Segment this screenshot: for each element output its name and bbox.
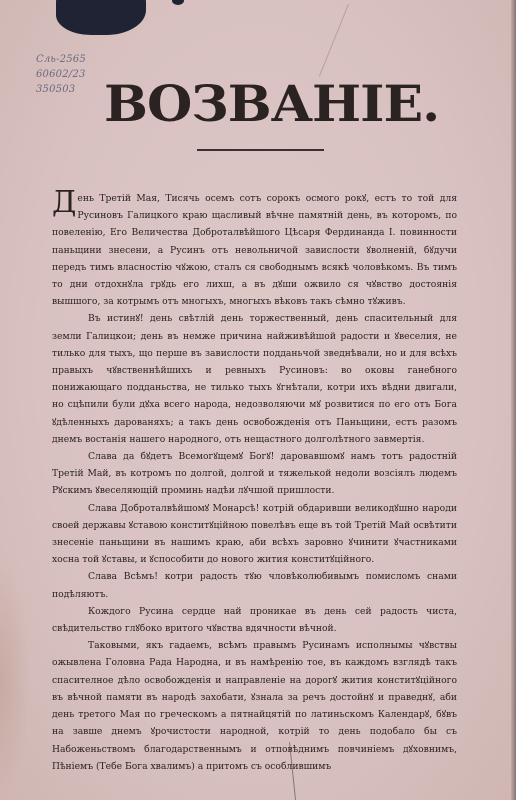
paragraph-7: Таковыми, якъ гадаемъ, всѣмъ правымъ Рус… — [52, 637, 457, 775]
document-body: День Третій Мая, Тисячь осемъ сотъ сорок… — [52, 190, 457, 775]
paper-stain — [0, 560, 30, 800]
shelfmark-line: 60602/23 — [36, 67, 86, 82]
shelfmark-line: 350503 — [36, 82, 86, 97]
paragraph-4: Слава Доброталвѣйшомꙋ Монарсѣ! котрій об… — [52, 500, 457, 569]
drop-cap: Д — [52, 190, 76, 216]
shelfmark-line: Сль-2565 — [36, 52, 86, 67]
document-title: ВОЗВАНІЕ. — [104, 80, 404, 129]
paragraph-3: Слава да бꙋдетъ Всемогꙋщемꙋ Богꙋ! дарова… — [52, 448, 457, 500]
paragraph-5: Слава Всѣмъ! котри радость тꙋю чловѣколю… — [52, 568, 457, 602]
paragraph-2: Въ истинꙋ! день свѣтлій день торжественн… — [52, 310, 457, 448]
paragraph-1: День Третій Мая, Тисячь осемъ сотъ сорок… — [52, 190, 457, 310]
paragraph-6: Кождого Русина сердце най проникае въ де… — [52, 603, 457, 637]
title-rule — [197, 149, 324, 151]
document-page: Сль-2565 60602/23 350503 ВОЗВАНІЕ. День … — [0, 0, 516, 800]
archive-shelfmark: Сль-2565 60602/23 350503 — [36, 52, 86, 97]
paper-crease — [319, 4, 349, 77]
ink-stain — [56, 0, 146, 35]
ink-stain-small — [172, 0, 184, 5]
paragraph-text: ень Третій Мая, Тисячь осемъ сотъ сорокъ… — [52, 193, 457, 307]
page-edge-shadow — [511, 0, 516, 800]
